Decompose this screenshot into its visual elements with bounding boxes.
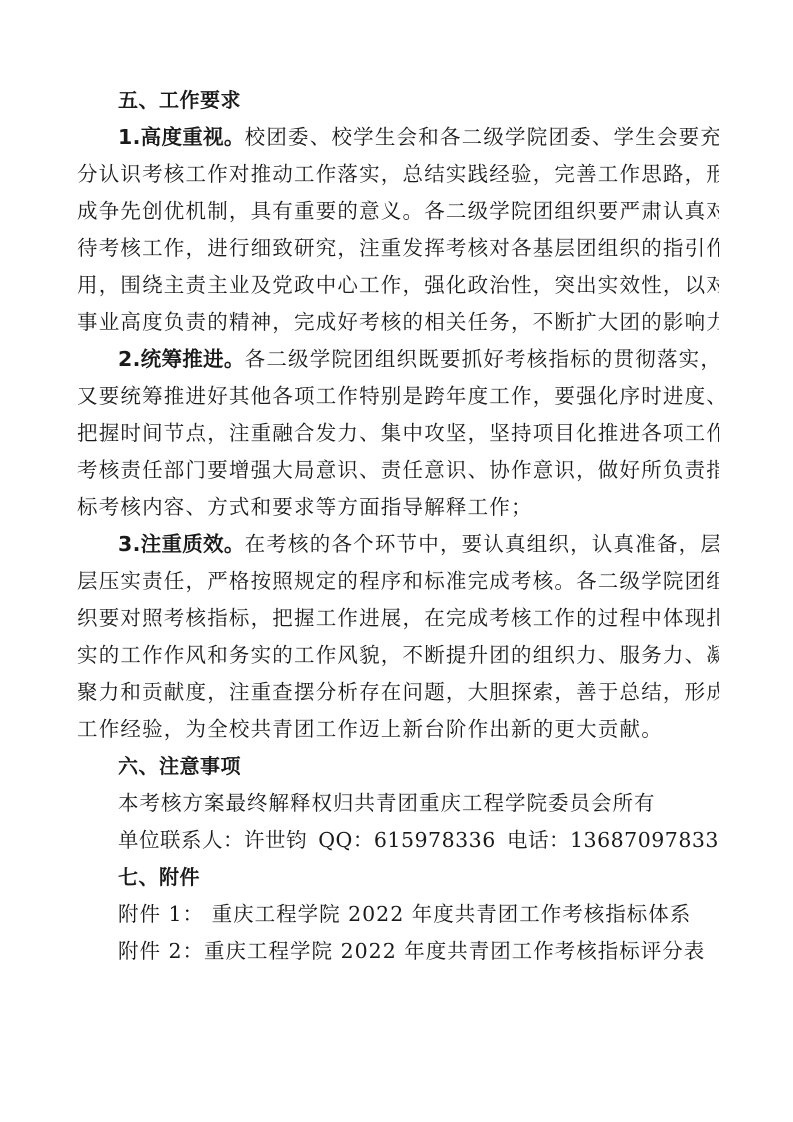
section-heading-notes: 六、注意事项 (77, 748, 719, 785)
paragraph-line: 工作经验，为全校共青团工作迈上新台阶作出新的更大贡献。 (77, 711, 719, 748)
document-page: 五、工作要求 1.高度重视。校团委、校学生会和各二级学院团委、学生会要充 分认识… (77, 82, 719, 970)
interpretation-statement: 本考核方案最终解释权归共青团重庆工程学院委员会所有 (77, 785, 719, 822)
paragraph-line: 标考核内容、方式和要求等方面指导解释工作； (77, 489, 719, 526)
paragraph-line: 又要统筹推进好其他各项工作特别是跨年度工作，要强化序时进度、 (77, 378, 719, 415)
contact-line: 单位联系人：许世钧 QQ：615978336 电话：13687097833 (77, 822, 719, 859)
paragraph-item-3-line-1: 3.注重质效。在考核的各个环节中，要认真组织，认真准备，层 (77, 526, 719, 563)
item-1-lead: 1.高度重视。 (118, 125, 245, 149)
contact-phone: 电话：13687097833 (507, 822, 719, 859)
item-3-lead: 3.注重质效。 (118, 532, 245, 556)
attachment-2: 附件 2：重庆工程学院 2022 年度共青团工作考核指标评分表 (77, 933, 719, 970)
paragraph-line: 分认识考核工作对推动工作落实，总结实践经验，完善工作思路，形 (77, 156, 719, 193)
paragraph-line: 用，围绕主责主业及党政中心工作，强化政治性，突出实效性，以对 (77, 267, 719, 304)
paragraph-line: 待考核工作，进行细致研究，注重发挥考核对各基层团组织的指引作 (77, 230, 719, 267)
paragraph-item-1-line-1: 1.高度重视。校团委、校学生会和各二级学院团委、学生会要充 (77, 119, 719, 156)
section-heading-requirements: 五、工作要求 (77, 82, 719, 119)
paragraph-line: 织要对照考核指标，把握工作进展，在完成考核工作的过程中体现扎 (77, 600, 719, 637)
contact-qq: QQ：615978336 (318, 822, 496, 859)
contact-person: 单位联系人：许世钧 (118, 822, 307, 859)
paragraph-line: 成争先创优机制，具有重要的意义。各二级学院团组织要严肃认真对 (77, 193, 719, 230)
item-2-lead: 2.统筹推进。 (118, 347, 245, 371)
paragraph-line: 把握时间节点，注重融合发力、集中攻坚，坚持项目化推进各项工作。 (77, 415, 719, 452)
section-heading-attachments: 七、附件 (77, 859, 719, 896)
paragraph-line: 实的工作作风和务实的工作风貌，不断提升团的组织力、服务力、凝 (77, 637, 719, 674)
paragraph-line: 层压实责任，严格按照规定的程序和标准完成考核。各二级学院团组 (77, 563, 719, 600)
paragraph-line: 聚力和贡献度，注重查摆分析存在问题，大胆探索，善于总结，形成 (77, 674, 719, 711)
paragraph-line: 事业高度负责的精神，完成好考核的相关任务，不断扩大团的影响力； (77, 304, 719, 341)
paragraph-item-2-line-1: 2.统筹推进。各二级学院团组织既要抓好考核指标的贯彻落实， (77, 341, 719, 378)
attachment-1: 附件 1： 重庆工程学院 2022 年度共青团工作考核指标体系 (77, 896, 719, 933)
paragraph-line: 考核责任部门要增强大局意识、责任意识、协作意识，做好所负责指 (77, 452, 719, 489)
